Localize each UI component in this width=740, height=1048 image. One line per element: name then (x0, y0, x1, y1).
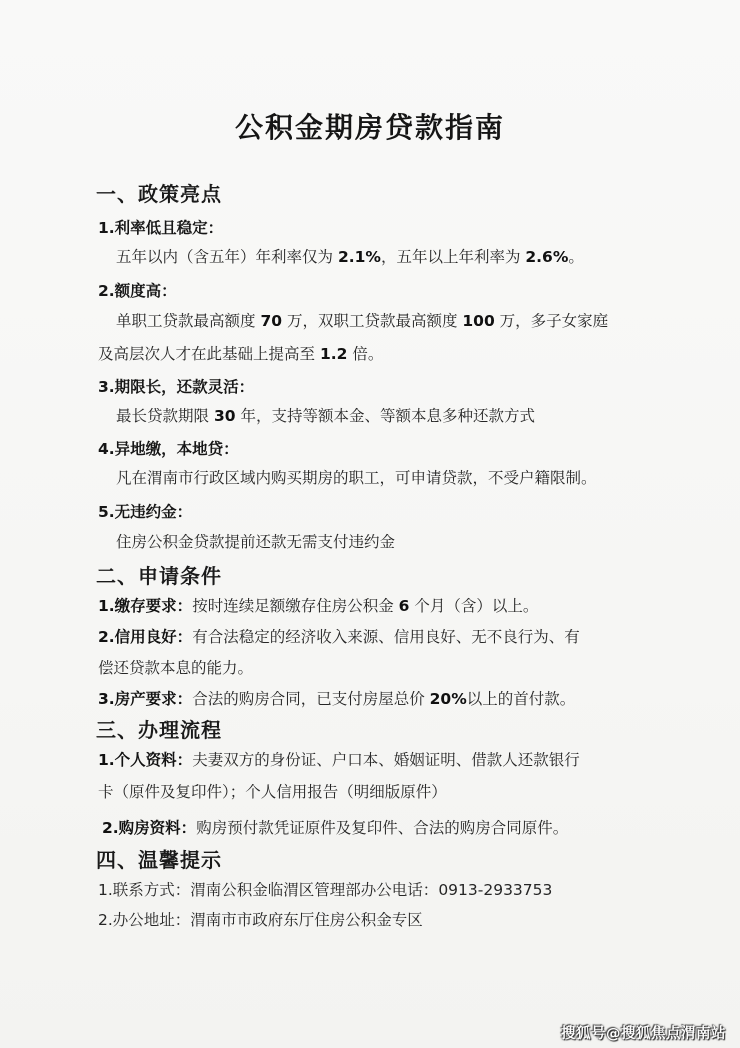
phone-number: 0913-2933753 (438, 881, 552, 899)
item-text-remote: 凡在渭南市行政区域内购买期房的职工，可申请贷款，不受户籍限制。 (116, 466, 597, 488)
item-text-term: 最长贷款期限 30 年，支持等额本金、等额本息多种还款方式 (116, 404, 535, 426)
section-heading-policy: 一、政策亮点 (96, 178, 222, 207)
item-label-penalty: 5.无违约金： (98, 500, 192, 522)
condition-deposit: 1.缴存要求：按时连续足额缴存住房公积金 6 个月（含）以上。 (98, 594, 538, 616)
section-heading-process: 三、办理流程 (96, 714, 222, 743)
item-label-quota: 2.额度高： (98, 279, 177, 301)
tip-address: 2.办公地址：渭南市市政府东厅住房公积金专区 (98, 908, 423, 930)
process-purchase-docs: 2.购房资料：购房预付款凭证原件及复印件、合法的购房合同原件。 (102, 816, 568, 838)
condition-credit-cont: 偿还贷款本息的能力。 (98, 656, 253, 678)
source-watermark: 搜狐号@搜狐焦点渭南站 (561, 1022, 726, 1043)
section-heading-conditions: 二、申请条件 (96, 560, 222, 589)
rate-long-term: 2.6% (525, 248, 568, 266)
item-text-rate: 五年以内（含五年）年利率仅为 2.1%，五年以上年利率为 2.6%。 (116, 245, 584, 267)
tip-contact: 1.联系方式：渭南公积金临渭区管理部办公电话：0913-2933753 (98, 878, 552, 900)
rate-short-term: 2.1% (338, 248, 381, 266)
item-text-penalty: 住房公积金贷款提前还款无需支付违约金 (116, 530, 395, 552)
document-title: 公积金期房贷款指南 (0, 106, 740, 146)
item-label-term: 3.期限长，还款灵活： (98, 375, 254, 397)
item-text-quota: 单职工贷款最高额度 70 万，双职工贷款最高额度 100 万，多子女家庭 (116, 309, 608, 331)
item-label-rate: 1.利率低且稳定： (98, 216, 223, 238)
condition-credit: 2.信用良好：有合法稳定的经济收入来源、信用良好、无不良行为、有 (98, 625, 580, 647)
document-page: 公积金期房贷款指南 一、政策亮点 1.利率低且稳定： 五年以内（含五年）年利率仅… (0, 0, 740, 1048)
item-text-quota-cont: 及高层次人才在此基础上提高至 1.2 倍。 (98, 342, 383, 364)
section-heading-tips: 四、温馨提示 (96, 844, 222, 873)
item-label-remote: 4.异地缴，本地贷： (98, 437, 239, 459)
process-personal-docs-cont: 卡（原件及复印件）；个人信用报告（明细版原件） (98, 780, 447, 802)
condition-property: 3.房产要求：合法的购房合同，已支付房屋总价 20%以上的首付款。 (98, 687, 575, 709)
process-personal-docs: 1.个人资料：夫妻双方的身份证、户口本、婚姻证明、借款人还款银行 (98, 748, 580, 770)
